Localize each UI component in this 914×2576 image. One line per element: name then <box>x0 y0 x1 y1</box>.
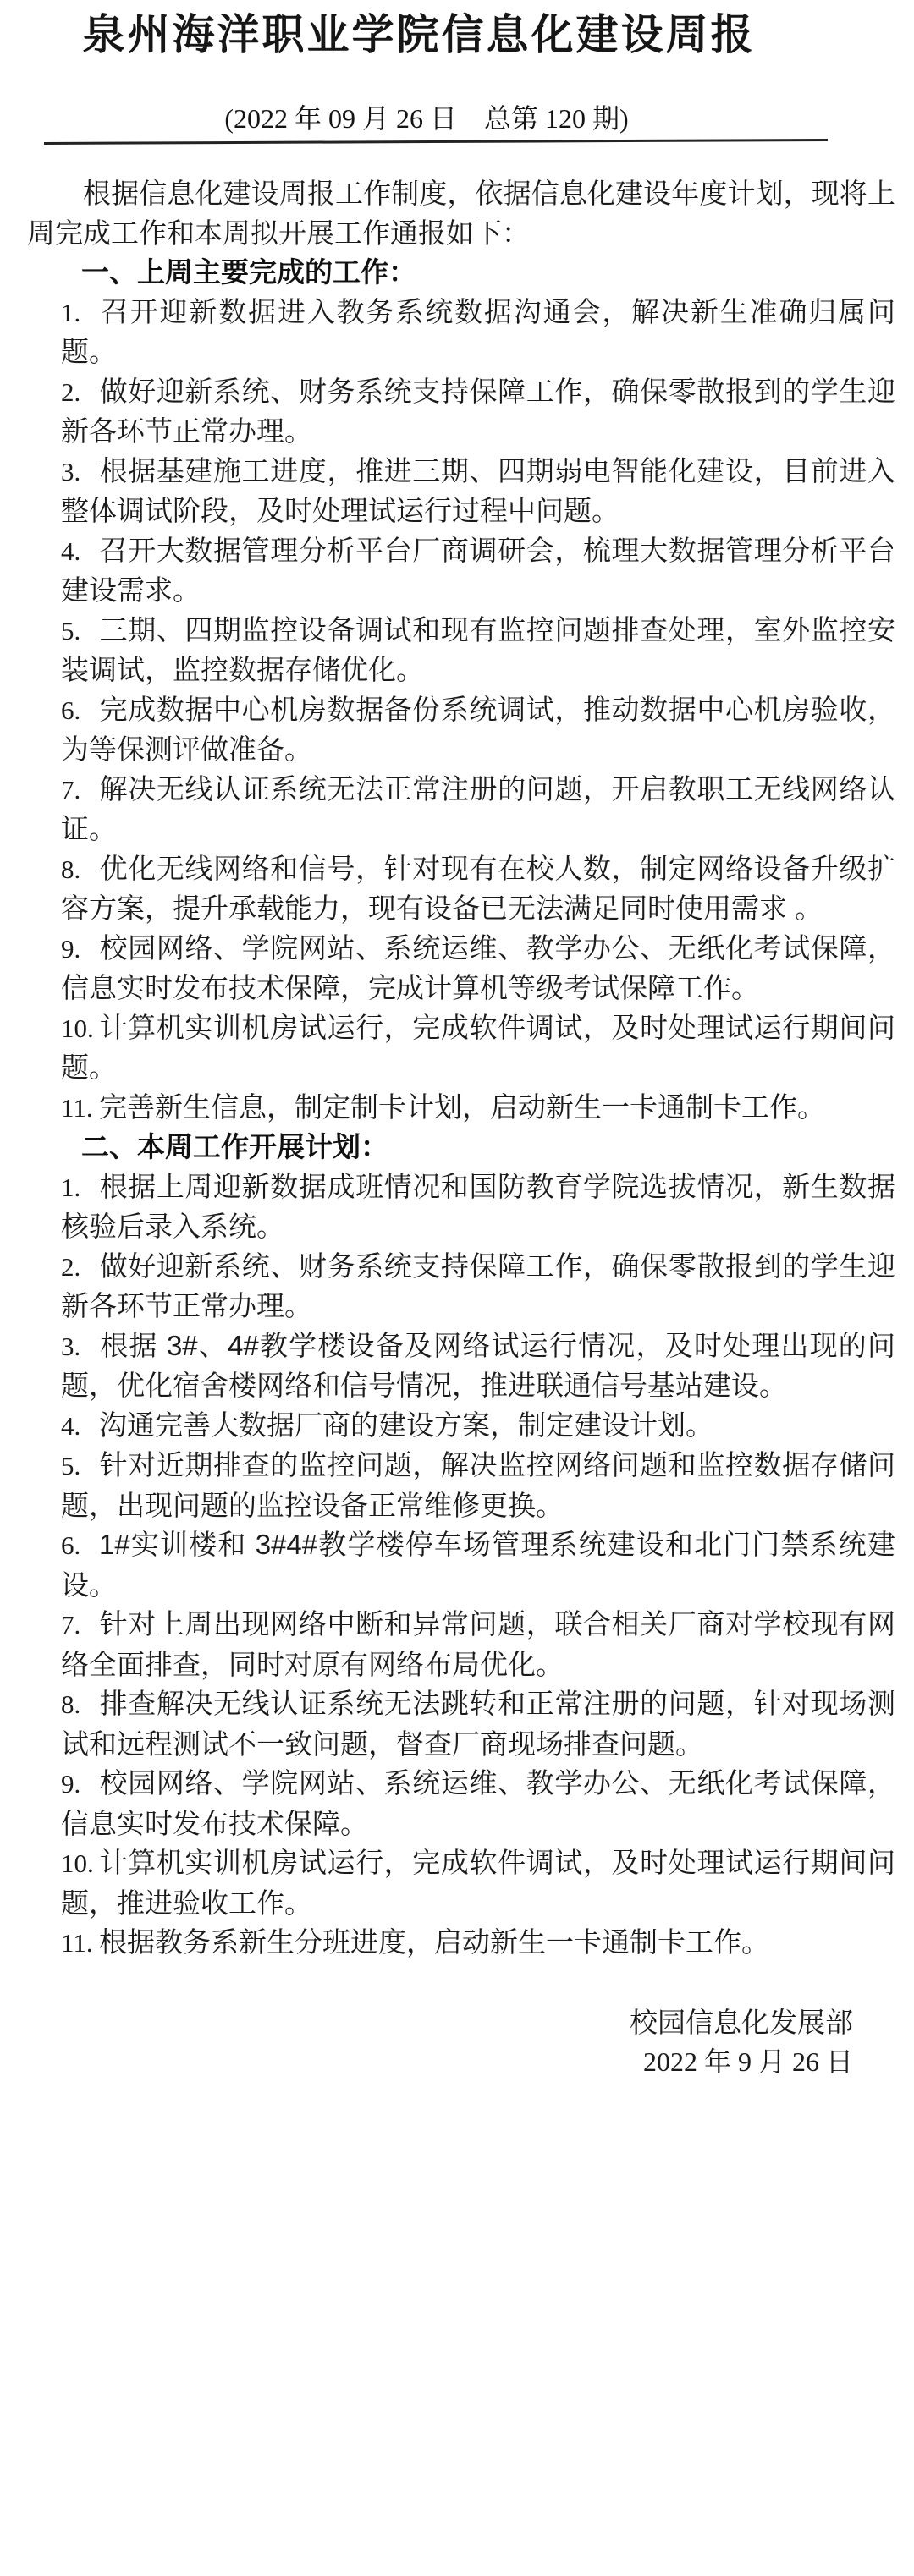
item-text: 沟通完善大数据厂商的建设方案，制定建设计划。 <box>99 1409 713 1441</box>
item-text: 完成数据中心机房数据备份系统调试，推动数据中心机房验收，为等保测评做准备。 <box>61 694 895 766</box>
item-number: 8. <box>61 1685 99 1725</box>
list-item: 2.做好迎新系统、财务系统支持保障工作，确保零散报到的学生迎新各环节正常办理。 <box>61 1247 895 1326</box>
title-divider-rule <box>44 139 828 145</box>
list-item: 9.校园网络、学院网站、系统运维、教学办公、无纸化考试保障，信息实时发布技术保障… <box>61 929 895 1008</box>
item-text: 校园网络、学院网站、系统运维、教学办公、无纸化考试保障，信息实时发布技术保障，完… <box>61 932 895 1004</box>
item-number: 11. <box>61 1924 99 1964</box>
item-number: 2. <box>61 373 99 413</box>
item-number: 3. <box>61 1327 99 1367</box>
list-item: 9.校园网络、学院网站、系统运维、教学办公、无纸化考试保障，信息实时发布技术保障… <box>61 1764 895 1843</box>
section-heading-this-week: 二、本周工作开展计划： <box>27 1128 895 1167</box>
section-this-week: 二、本周工作开展计划： 1.根据上周迎新数据成班情况和国防教育学院选拔情况，新生… <box>0 1128 914 1964</box>
item-text: 完善新生信息，制定制卡计划，启动新生一卡通制卡工作。 <box>99 1091 825 1123</box>
list-item: 10.计算机实训机房试运行，完成软件调试，及时处理试运行期间问题。 <box>61 1008 895 1088</box>
section-last-week: 一、上周主要完成的工作： 1.召开迎新数据进入教务系统数据沟通会，解决新生准确归… <box>0 253 914 1128</box>
item-number: 10. <box>61 1844 99 1884</box>
item-text: 针对近期排查的监控问题，解决监控网络问题和监控数据存储问题，出现问题的监控设备正… <box>61 1449 895 1521</box>
item-text: 优化无线网络和信号，针对现有在校人数，制定网络设备升级扩容方案，提升承载能力，现… <box>61 853 895 925</box>
item-number: 6. <box>61 1526 99 1566</box>
item-text: 计算机实训机房试运行，完成软件调试，及时处理试运行期间问题，推进验收工作。 <box>61 1847 895 1919</box>
signature-department: 校园信息化发展部 <box>0 2003 853 2043</box>
signature-date: 2022 年 9 月 26 日 <box>0 2042 853 2082</box>
list-item: 10.计算机实训机房试运行，完成软件调试，及时处理试运行期间问题，推进验收工作。 <box>61 1843 895 1923</box>
item-number: 1. <box>61 1168 99 1208</box>
list-item: 11.根据教务系新生分班进度，启动新生一卡通制卡工作。 <box>61 1923 895 1964</box>
item-number: 7. <box>61 1606 99 1645</box>
item-text: 针对上周出现网络中断和异常问题，联合相关厂商对学校现有网络全面排查，同时对原有网… <box>61 1608 895 1680</box>
item-text: 做好迎新系统、财务系统支持保障工作，确保零散报到的学生迎新各环节正常办理。 <box>61 376 895 448</box>
item-number: 4. <box>61 1407 99 1447</box>
item-text: 1#实训楼和 3#4#教学楼停车场管理系统建设和北门门禁系统建设。 <box>61 1529 895 1601</box>
item-number: 7. <box>61 771 99 810</box>
last-week-item-list: 1.召开迎新数据进入教务系统数据沟通会，解决新生准确归属问题。 2.做好迎新系统… <box>61 293 895 1129</box>
list-item: 7.解决无线认证系统无法正常注册的问题，开启教职工无线网络认证。 <box>61 770 895 849</box>
list-item: 3.根据 3#、4#教学楼设备及网络试运行情况，及时处理出现的问题，优化宿舍楼网… <box>61 1326 895 1406</box>
item-text: 做好迎新系统、财务系统支持保障工作，确保零散报到的学生迎新各环节正常办理。 <box>61 1250 895 1322</box>
item-number: 10. <box>61 1009 99 1049</box>
item-number: 5. <box>61 612 99 651</box>
item-text: 解决无线认证系统无法正常注册的问题，开启教职工无线网络认证。 <box>61 773 895 845</box>
list-item: 2.做好迎新系统、财务系统支持保障工作，确保零散报到的学生迎新各环节正常办理。 <box>61 372 895 452</box>
list-item: 1.召开迎新数据进入教务系统数据沟通会，解决新生准确归属问题。 <box>61 293 895 372</box>
item-text: 召开迎新数据进入教务系统数据沟通会，解决新生准确归属问题。 <box>61 296 895 368</box>
item-number: 4. <box>61 532 99 572</box>
list-item: 6.1#实训楼和 3#4#教学楼停车场管理系统建设和北门门禁系统建设。 <box>61 1525 895 1605</box>
this-week-item-list: 1.根据上周迎新数据成班情况和国防教育学院选拔情况，新生数据核验后录入系统。 2… <box>61 1167 895 1964</box>
item-text: 召开大数据管理分析平台厂商调研会，梳理大数据管理分析平台建设需求。 <box>61 535 895 607</box>
item-number: 8. <box>61 850 99 890</box>
item-text: 三期、四期监控设备调试和现有监控问题排查处理，室外监控安装调试，监控数据存储优化… <box>61 614 895 686</box>
list-item: 7.针对上周出现网络中断和异常问题，联合相关厂商对学校现有网络全面排查，同时对原… <box>61 1605 895 1684</box>
page-title: 泉州海洋职业学院信息化建设周报 <box>0 0 876 59</box>
item-text: 根据基建施工进度，推进三期、四期弱电智能化建设，目前进入整体调试阶段，及时处理试… <box>61 455 895 527</box>
list-item: 11.完善新生信息，制定制卡计划，启动新生一卡通制卡工作。 <box>61 1088 895 1129</box>
list-item: 3.根据基建施工进度，推进三期、四期弱电智能化建设，目前进入整体调试阶段，及时处… <box>61 452 895 531</box>
item-number: 3. <box>61 453 99 492</box>
list-item: 4.召开大数据管理分析平台厂商调研会，梳理大数据管理分析平台建设需求。 <box>61 531 895 611</box>
item-text: 根据 3#、4#教学楼设备及网络试运行情况，及时处理出现的问题，优化宿舍楼网络和… <box>61 1330 895 1402</box>
item-text: 根据上周迎新数据成班情况和国防教育学院选拔情况，新生数据核验后录入系统。 <box>61 1171 895 1243</box>
item-number: 6. <box>61 691 99 731</box>
item-number: 2. <box>61 1248 99 1288</box>
item-number: 1. <box>61 294 99 333</box>
item-text: 排查解决无线认证系统无法跳转和正常注册的问题，针对现场测试和远程测试不一致问题，… <box>61 1688 895 1760</box>
list-item: 5.针对近期排查的监控问题，解决监控网络问题和监控数据存储问题，出现问题的监控设… <box>61 1446 895 1525</box>
item-number: 9. <box>61 930 99 969</box>
list-item: 8.排查解决无线认证系统无法跳转和正常注册的问题，针对现场测试和远程测试不一致问… <box>61 1684 895 1764</box>
list-item: 1.根据上周迎新数据成班情况和国防教育学院选拔情况，新生数据核验后录入系统。 <box>61 1167 895 1247</box>
item-number: 5. <box>61 1447 99 1486</box>
intro-paragraph: 根据信息化建设周报工作制度，依据信息化建设年度计划，现将上周完成工作和本周拟开展… <box>27 174 895 253</box>
issue-date-line: (2022 年 09 月 26 日 总第 120 期) <box>0 102 884 135</box>
item-number: 11. <box>61 1089 99 1129</box>
list-item: 4.沟通完善大数据厂商的建设方案，制定建设计划。 <box>61 1406 895 1447</box>
item-number: 9. <box>61 1765 99 1804</box>
list-item: 8.优化无线网络和信号，针对现有在校人数，制定网络设备升级扩容方案，提升承载能力… <box>61 849 895 929</box>
list-item: 5.三期、四期监控设备调试和现有监控问题排查处理，室外监控安装调试，监控数据存储… <box>61 611 895 690</box>
signature-block: 校园信息化发展部 2022 年 9 月 26 日 <box>0 2003 914 2082</box>
weekly-report-document: 泉州海洋职业学院信息化建设周报 (2022 年 09 月 26 日 总第 120… <box>0 0 914 2576</box>
item-text: 校园网络、学院网站、系统运维、教学办公、无纸化考试保障，信息实时发布技术保障。 <box>61 1767 895 1839</box>
list-item: 6.完成数据中心机房数据备份系统调试，推动数据中心机房验收，为等保测评做准备。 <box>61 690 895 770</box>
item-text: 计算机实训机房试运行，完成软件调试，及时处理试运行期间问题。 <box>61 1012 895 1084</box>
item-text: 根据教务系新生分班进度，启动新生一卡通制卡工作。 <box>99 1926 769 1958</box>
section-heading-last-week: 一、上周主要完成的工作： <box>27 253 895 293</box>
